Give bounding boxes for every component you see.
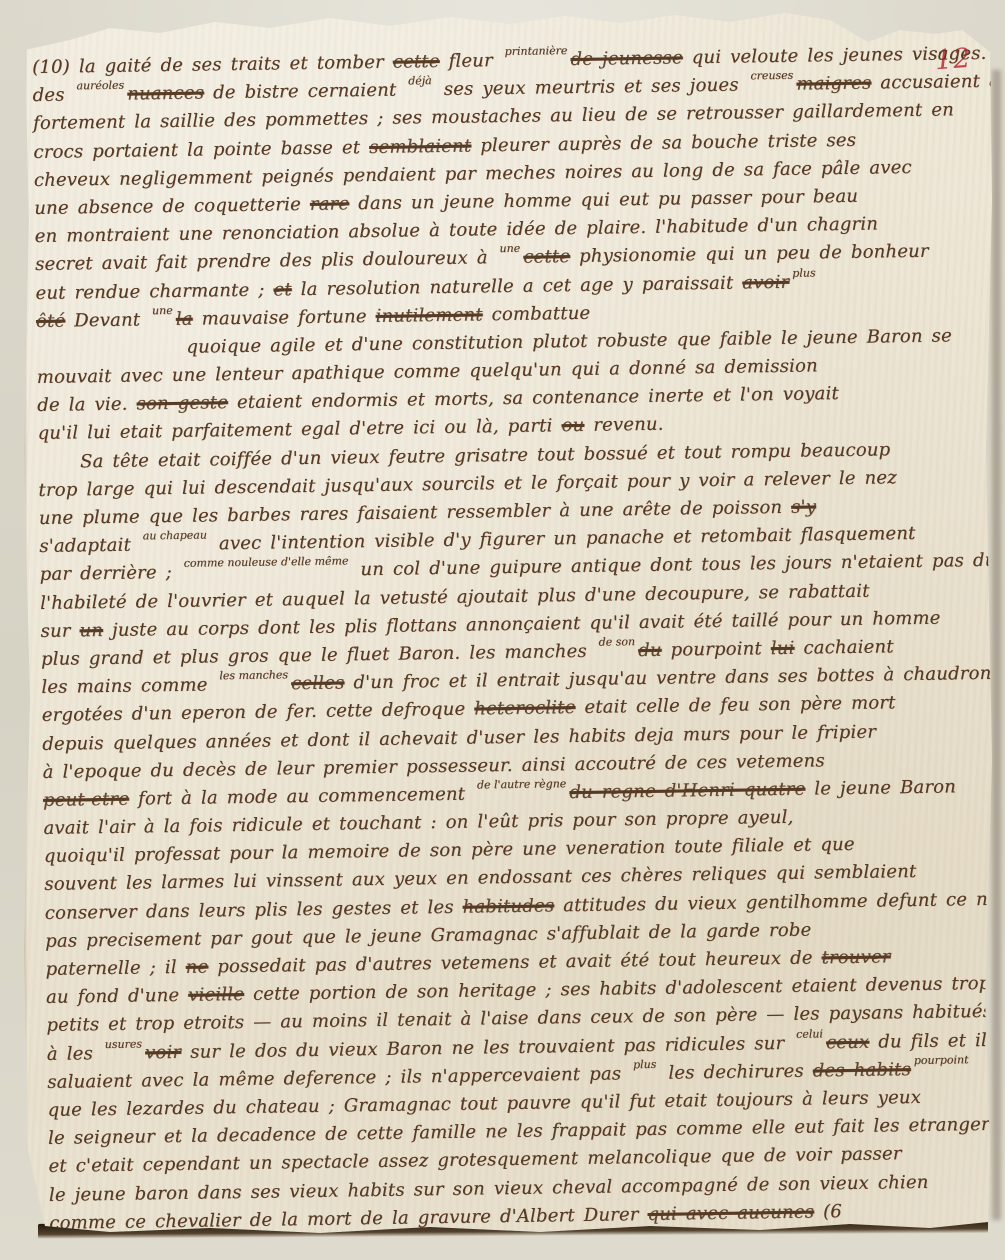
struck-out-text: habitudes [462, 895, 554, 917]
handwritten-text: accusaient assez [871, 70, 1005, 93]
handwritten-text: au fond d'une [46, 985, 189, 1008]
struck-out-text: ou [561, 415, 584, 436]
handwritten-text: de bistre cernaient [204, 80, 405, 104]
handwritten-text: paternelle ; il [45, 957, 185, 980]
handwritten-text: les mains comme [41, 674, 216, 698]
handwritten-text: dans un jeune homme qui eut pu passer po… [349, 186, 858, 215]
interlinear-insertion: printanière [505, 44, 568, 58]
interlinear-insertion: une [152, 304, 173, 317]
handwritten-text: pleurer auprès de sa bouche triste ses [471, 129, 856, 156]
handwritten-text: secret avait fait prendre des plis doulo… [35, 247, 497, 275]
handwritten-text: attitudes du vieux gentilhomme defunt ce… [554, 888, 1005, 916]
struck-out-text: rare [310, 193, 350, 215]
struck-out-text: ôté [36, 310, 66, 331]
handwritten-text: crocs portaient la pointe basse et [33, 137, 369, 163]
handwritten-text: (6 [814, 1201, 842, 1222]
handwritten-text: à les [47, 1043, 102, 1065]
interlinear-insertion: de l'autre règne [477, 777, 567, 791]
interlinear-insertion: au chapeau [143, 529, 207, 543]
manuscript-paper: 12 (10) la gaité de ses traits et tomber… [0, 0, 1005, 1260]
handwritten-text: (10) la gaité de ses traits et tomber [32, 52, 393, 78]
struck-out-text: heteroclite [474, 697, 576, 719]
handwritten-text: les dechirures [659, 1060, 813, 1083]
handwritten-text: etait celle de feu son père mort [575, 693, 895, 719]
handwritten-text: eut rendue charmante ; [35, 279, 273, 304]
struck-out-text: s'y [791, 496, 816, 517]
interlinear-insertion: celui [796, 1027, 823, 1040]
struck-out-text: avoir [742, 271, 789, 293]
struck-out-text: nuances [127, 83, 204, 105]
paper-right-shadow [992, 70, 1001, 1220]
handwritten-text: Devant [65, 309, 149, 331]
struck-out-text: celles [291, 673, 345, 695]
interlinear-insertion: de son [599, 635, 636, 649]
interlinear-insertion: une [499, 242, 520, 255]
handwritten-text: des [32, 85, 73, 107]
struck-out-text: son geste [136, 392, 228, 414]
handwritten-text: une absence de coquetterie [34, 194, 310, 219]
interlinear-insertion: creuses [750, 69, 793, 83]
handwritten-text: mauvaise fortune [193, 306, 376, 330]
interlinear-insertion: auréoles [76, 79, 124, 93]
handwritten-text: combattue [483, 302, 591, 325]
struck-out-text: cette [393, 51, 440, 73]
struck-out-text: un [79, 620, 103, 641]
handwritten-text: un col d'une guipure antique dont tous l… [351, 550, 1005, 581]
handwritten-text: saluaient avec la même deference ; ils n… [47, 1063, 630, 1093]
struck-out-text: qui avec aucunes [647, 1201, 814, 1224]
struck-out-text: maigres [796, 73, 871, 95]
struck-out-text: vieille [188, 984, 244, 1006]
struck-out-text: voir [145, 1041, 181, 1063]
struck-out-text: de jeunesse [570, 47, 683, 70]
handwritten-text: de la vie. [37, 394, 137, 416]
handwritten-text: etaient endormis et morts, sa contenance… [228, 383, 839, 413]
handwritten-text: fleur [439, 50, 501, 72]
handwritten-text: la resolution naturelle a cet age y para… [292, 272, 743, 300]
manuscript-text-block: (10) la gaité de ses traits et tomber ce… [32, 40, 1005, 1238]
struck-out-text: lui [771, 638, 795, 659]
handwritten-text: sur [40, 620, 79, 642]
handwritten-text: sur le dos du vieux Baron ne les trouvai… [181, 1032, 793, 1062]
handwritten-text: plus grand et plus gros que le fluet Bar… [41, 641, 596, 670]
struck-out-text: ne [186, 956, 209, 977]
handwritten-text: s'adaptait [39, 535, 140, 557]
interlinear-insertion: usures [105, 1037, 142, 1051]
handwritten-text: physionomie qui un peu de bonheur [570, 241, 929, 267]
struck-out-text: peut-etre [43, 789, 129, 811]
struck-out-text: du [638, 640, 662, 661]
handwritten-text: conserver dans leurs plis les gestes et … [45, 896, 463, 923]
handwritten-text: par derrière ; [40, 562, 181, 585]
handwritten-text: du fils et ils les [869, 1029, 1005, 1052]
struck-out-text: et [273, 279, 292, 300]
handwritten-text: qui veloute les jeunes visages. [683, 43, 987, 69]
interlinear-insertion: comme nouleuse d'elle même [184, 555, 349, 570]
handwritten-text: fort à la mode au commencement [129, 783, 474, 809]
handwritten-text: qu'il lui etait parfaitement egal d'etre… [37, 416, 561, 445]
struck-out-text: semblaient [369, 135, 472, 158]
handwritten-text: cachaient [794, 636, 893, 658]
handwritten-text: comme ce chevalier de la mort de la grav… [49, 1204, 647, 1234]
handwritten-text: pourpoint [661, 638, 770, 661]
struck-out-text: des habits [813, 1059, 912, 1081]
handwritten-text: ses yeux meurtris et ses joues [435, 75, 748, 101]
handwritten-text: ergotées d'un eperon de fer. cette defro… [42, 699, 475, 726]
interlinear-insertion: plus [792, 266, 815, 279]
struck-out-text: inutilement [375, 304, 482, 327]
struck-out-text: la [176, 308, 193, 329]
struck-out-text: du regne d'Henri quatre [569, 778, 805, 802]
interlinear-insertion: plus [633, 1058, 656, 1071]
handwritten-text: revenu. [584, 414, 664, 436]
handwritten-text: le jeune Baron [805, 776, 956, 799]
struck-out-text: ceux [826, 1031, 870, 1053]
interlinear-insertion: les manches [219, 668, 288, 682]
interlinear-insertion: pourpoint [914, 1053, 969, 1067]
struck-out-text: trouver [821, 946, 890, 968]
struck-out-text: cette [523, 246, 570, 268]
interlinear-insertion: déjà [408, 74, 432, 87]
